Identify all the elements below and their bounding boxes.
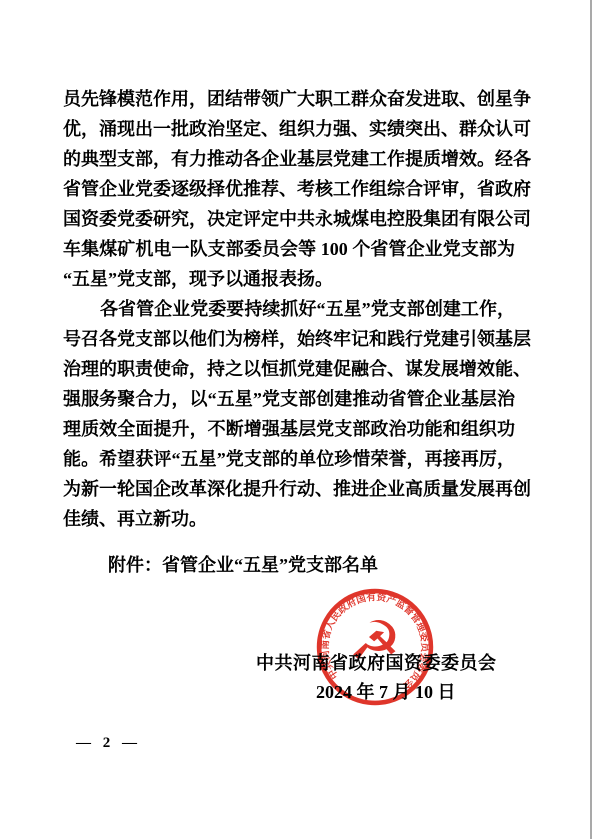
body-line: 国资委党委研究，决定评定中共永城煤电控股集团有限公司 bbox=[63, 204, 515, 234]
body-line: 佳绩、再立新功。 bbox=[63, 504, 515, 534]
body-line: 各省管企业党委要持续抓好“五星”党支部创建工作， bbox=[63, 294, 515, 324]
document-body: 员先锋模范作用，团结带领广大职工群众奋发进取、创星争 优，涌现出一批政治坚定、组… bbox=[63, 84, 515, 534]
body-line: 治理的职责使命，持之以恒抓党建促融合、谋发展增效能、 bbox=[63, 354, 515, 384]
body-line: 员先锋模范作用，团结带领广大职工群众奋发进取、创星争 bbox=[63, 84, 515, 114]
body-line: 省管企业党委逐级择优推荐、考核工作组综合评审，省政府 bbox=[63, 174, 515, 204]
attachment-line: 附件：省管企业“五星”党支部名单 bbox=[63, 550, 515, 580]
body-line: 强服务聚合力，以“五星”党支部创建推动省管企业基层治 bbox=[63, 384, 515, 414]
body-line: “五星”党支部，现予以通报表扬。 bbox=[63, 264, 515, 294]
body-line: 理质效全面提升，不断增强基层党支部政治功能和组织功 bbox=[63, 414, 515, 444]
official-seal: 中共河南省人民政府国有资产监督管理委员会委员会 ☭ bbox=[307, 579, 443, 715]
document-page: 员先锋模范作用，团结带领广大职工群众奋发进取、创星争 优，涌现出一批政治坚定、组… bbox=[0, 0, 595, 839]
scan-edge-line bbox=[590, 0, 592, 839]
body-line: 车集煤矿机电一队支部委员会等 100 个省管企业党支部为 bbox=[63, 234, 515, 264]
body-line: 为新一轮国企改革深化提升行动、推进企业高质量发展再创 bbox=[63, 474, 515, 504]
body-line: 号召各党支部以他们为榜样，始终牢记和践行党建引领基层 bbox=[63, 324, 515, 354]
body-line: 的典型支部，有力推动各企业基层党建工作提质增效。经各 bbox=[63, 144, 515, 174]
body-line: 优，涌现出一批政治坚定、组织力强、实绩突出、群众认可 bbox=[63, 114, 515, 144]
body-line: 能。希望获评“五星”党支部的单位珍惜荣誉，再接再厉， bbox=[63, 444, 515, 474]
hammer-sickle-emblem-icon: ☭ bbox=[346, 606, 405, 678]
page-number: — 2 — bbox=[76, 733, 141, 753]
